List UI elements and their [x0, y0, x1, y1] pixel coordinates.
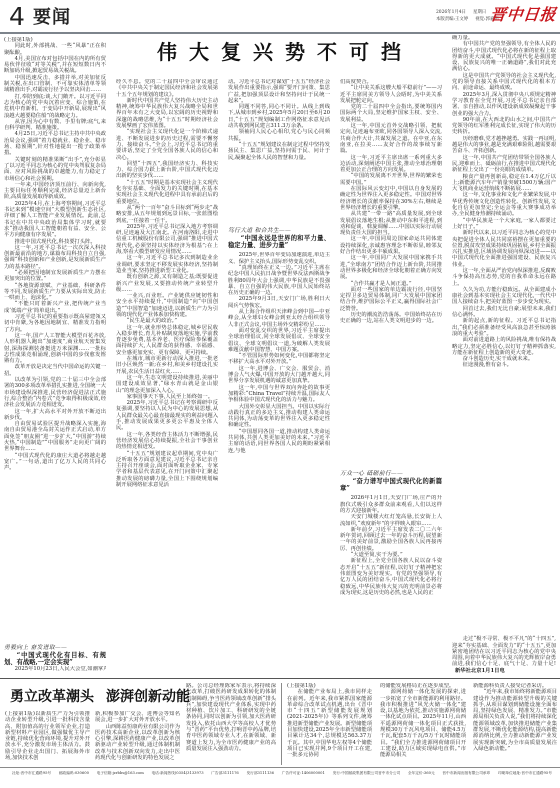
paragraph: “十五五”规划建议在制定过程中坚持发扬民主、集思广益,坚持问需于民、问计于民,凝… — [228, 142, 330, 161]
paragraph: 在城市,城市更新行动深入推进,一批老旧小区焕然一新;在乡村,和美乡村建设扎实开展… — [116, 356, 218, 375]
paragraph: 习近平总书记的重要指示既高屋建瓴又切中肯綮,为各地因地制宜、精准发力指明了方向。 — [4, 314, 106, 333]
paragraph: “中国愿同各国一道,推动构建人类命运共同体,共创人类更加美好的未来。”习近平主席… — [228, 429, 330, 454]
paragraph: 这是中国共产党领导的社会主义现代化,党的领导直接关系中国式现代化的根本方向、前途… — [452, 73, 556, 92]
paragraph: 同题不同答,同心不同计。从线上到线下,从城市到乡村,2025年5月20日至6月2… — [228, 104, 330, 129]
paragraph: 一业兴,百业旺。产业链供应链韧性和安全水平持续提升,“中国制造”向“中国创造”“… — [116, 293, 218, 318]
paragraph: “中国的发展离不开世界,世界的繁荣也需要中国。” — [340, 173, 442, 186]
paragraph: 回首过去,我们无比自豪;展望未来,我们信心满怀。 — [452, 306, 556, 319]
subhead-kicker: 笃行大道 和合共生—— — [228, 228, 330, 235]
paragraph: 90年前,在大西北的山水之间,中国共产党领导的红军胜利完成长征,实现了伟大的历史… — [452, 117, 556, 136]
footer-item: 电子信箱:jzrbbs@163.com — [97, 770, 144, 776]
paragraph: 新,积极参加广交会、进博会等知名展会,进一步扩大对外开放水平。 — [95, 711, 180, 724]
paragraph: 这一年,中国同周边国家命运共同体建设持续深化,亲诚惠容理念不断彰显,睦邻友好合作… — [340, 236, 442, 255]
paragraph: “真理始终在正义一边。”习近平主席在纪念中国人民抗日战争暨世界反法西斯战争胜利8… — [228, 265, 330, 296]
column-text: 的储能发展格局正在逐步成型。源网荷储一体化发展的探索,进一步拓宽了全市新能源的利… — [380, 683, 466, 765]
column-text: (上接第1版)以新质生产力为引领推动企业转型升级,引进一批科技含量高、附加值高的… — [5, 711, 90, 765]
paragraph: 从共建“一带一路”高质量发展,到全球发展倡议落地生根;从推动中东和平进程,到劝和… — [340, 211, 442, 236]
paragraph: “让中美关系这艘大船平稳前行”——习近平主席同美方领导人会晤时,为中美关系发展把… — [340, 85, 442, 104]
article-column-5: 确力量。有中国共产党的坚强领导,有全体人民的团结奋斗,中国式现代化必将在新的征程… — [452, 35, 556, 674]
paragraph: 从“两个一百年”奋斗目标到“两步走”战略安排,从五年规划到远景目标,一张蓝图绘到… — [116, 205, 218, 224]
bottom-right-column-1: (上接第1版)在储能产业布局上,我市同样走在前列。近年来,我市紧抓国家能源革命综… — [287, 683, 372, 765]
footer-item: 晋中市新闻出版有限公司承印 — [442, 770, 490, 776]
footer-rule — [0, 767, 560, 768]
column-text: 新能源科负责人接受记者采访。“近年来,我市始终将新能源项目建设作为推动能源转型升… — [473, 683, 557, 765]
column-text: (上接第1版)同此时,外部挑战、一些“风暴”正在积聚酝酿。4月,美国宣布对包括中… — [4, 37, 106, 643]
paragraph: 天安门城楼大红灯笼高悬,长安街上人流如织,“欢度新年”的字样映入眼帘…… — [340, 514, 442, 527]
bottom-article-headline: 勇立改革潮头澎湃创新动能 — [10, 687, 190, 707]
paragraph: 这一年,国产人工智能大模型百花齐放,人形机器人跑出“加速度”,商业航天密集发射,… — [4, 333, 106, 364]
subhead-quote: “中国永远是世界的和平力量、稳定力量、进步力量” — [228, 235, 330, 249]
paragraph: 2025年,习近平总书记深入地方考察调研,足迹遍及大江南北。在河南洛阳,走进中信… — [116, 224, 218, 255]
paragraph: 经久不息。党的二十届四中全会审议通过《中共中央关于制定国民经济和社会发展第十五个… — [116, 79, 218, 98]
paragraph: 历经磨难,党才越挫越勇。实践一再证明,越是伟大的事业,越是充满艰难险阻,越需要艰… — [452, 136, 556, 155]
column-text: 动。习近平总书记对谋划“十五五”经济社会发展作出重要指示,强调“要开门问策、集思… — [228, 79, 330, 226]
subhead-quote: “奋力谱写中国式现代化的新篇章” — [340, 478, 442, 492]
paragraph: “十五五”时期是基本实现社会主义现代化夯实基础、全面发力的关键时期,在基本实现社… — [116, 180, 218, 205]
article-column-3: 动。习近平总书记对谋划“十五五”经济社会发展作出重要指示,强调“要开门问策、集思… — [228, 79, 330, 674]
paragraph: 这一年,习近平总书记一次次深入科技创新最前沿的地方,谋篇布局科技自立自强,强调“… — [4, 245, 106, 270]
paragraph: 既有创新之源,又有制造之基;既要促进新兴产业发展,又要推动传统产业转型升级…… — [116, 274, 218, 293]
paragraph: 山西陈益恒康药业有限公司作为医药技术高新企业,以改革创新为核心引擎,深耕医药健康… — [95, 724, 180, 762]
article-column-4: 们高度契合。“让中美关系这艘大船平稳前行”——习近平主席同美方领导人会晤时,为中… — [340, 79, 442, 674]
paragraph: “各地资源禀赋、产业基础、科研条件等不同,发展新质生产力要从实际出发,防止一哄而… — [4, 283, 106, 302]
column-text: 们高度契合。“让中美关系这艘大船平稳前行”——习近平主席同美方领导人会晤时,为中… — [340, 79, 442, 469]
paragraph: “必须把因地制宜发展新质生产力摆在更加突出的位置。” — [4, 270, 106, 283]
paragraph: 领袖同人民心心相印,党心与民心同频共振。 — [228, 129, 330, 142]
paragraph: 回望“十四五”,我国经济实力、科技实力、综合国力跃上新台阶,中国式现代化迈出新的… — [116, 161, 218, 180]
subhead-kicker: 勇毅向上 奋发进取—— — [4, 645, 106, 652]
subhead-lead: 2025年10月23日,人民大会堂,如潮掌声 — [4, 666, 106, 672]
bottom-left-column-3: 路。公司总经理陈家军表示,将持续深化改革,打破医药研发成果转化的体制机制障碍,争… — [186, 683, 276, 765]
newspaper-logo: 晋中日报 — [489, 4, 557, 26]
paragraph: 这一年,各类经营主体活力不断增强,民营经济发展信心持续提振,全社会干事创业的热情… — [116, 432, 218, 451]
paragraph: 这一年,中国元首外交战略引领、把航定向,足迹遍布亚欧,同各国领导人深入交流,共商… — [340, 123, 442, 154]
paragraph: 4月25日,习近平总书记主持中共中央政治局会议,强调“着力稳就业、稳企业、稳市场… — [4, 131, 106, 156]
paragraph: “中华民族是一个大家庭,一家人都要过上好日子。” — [452, 218, 556, 231]
headline-part-2: 澎湃创新动能 — [106, 689, 190, 705]
paragraph: 这一年,中国共产党团结带领全国各族人民,迎难而上、砥砺前行,在推进中国式现代化新… — [452, 155, 556, 174]
paragraph: “不能只盯着新兴产业,把传统产业当成‘低端产业’简单退出。” — [4, 301, 106, 314]
paragraph: 动。习近平总书记对谋划“十五五”经济社会发展作出重要指示,强调“要开门问策、集思… — [228, 79, 330, 104]
article-ending: 走过“极不寻常、极不平凡”的“十四五”,迎来“夯实基础、全面发力”的“十五五”,… — [452, 636, 556, 674]
dateline: 新华社北京1月1日电 — [455, 668, 505, 674]
section-subhead: 万众一心 砥砺前行—— “奋力谱写中国式现代化的新篇章” — [340, 471, 442, 492]
paragraph: (上接第1版)以新质生产力为引领推动企业转型升级,引进一批科技含量高、附加值高的… — [5, 711, 90, 761]
issue-date: 2026年1月4日 — [436, 10, 466, 15]
paragraph: 这一年,生态文明建设持续推进,美丽中国建设成效显著,“绿水青山就是金山银山”的理… — [116, 375, 218, 394]
paragraph: 以改革为引领,党的二十届三中全会部署的300多项改革举措扎实推进,全国统一大市场… — [4, 377, 106, 408]
paragraph: 新的起点,新的征程。习近平总书记指出,“我们必须准备经受风高浪急甚至惊涛骇浪的重… — [452, 318, 556, 337]
page-number: 4 — [9, 3, 25, 31]
paragraph: 2025年,习近平总书记在考察调研中反复强调,要坚持以人民为中心的发展思想,从人… — [116, 400, 218, 431]
paragraph: 在国际风云变幻中,中国以自身发展的确定性为世界注入更多稳定性。中国对世界经济增长… — [340, 186, 442, 211]
bottom-right-column-2: 的储能发展格局正在逐步成型。源网荷储一体化发展的探索,进一步拓宽了全市新能源的利… — [380, 683, 466, 765]
paragraph: 推进中国式现代化,科技要打头阵。 — [4, 239, 106, 245]
paragraph: “实现社会主义现代化是一个阶梯式递进、不断发展进步的历史过程,需要不懈努力、接续… — [116, 129, 218, 160]
section-title: 要闻 — [33, 7, 71, 29]
paragraph: “不管国际形势如何变化,中国都将坚定不移扩大高水平对外开放。” — [228, 353, 330, 366]
column-text: 新,积极参加广交会、进博会等知名展会,进一步扩大对外开放水平。山西陈益恒康药业有… — [95, 711, 180, 765]
paragraph: 从上海合作组织天津峰会到中国—中亚峰会,从全球妇女峰会到亚太经合组织领导人非正式… — [228, 309, 330, 328]
footer-item: 发行部3111136 — [247, 770, 275, 776]
paragraph: 从容,因为心中有数、手里有牌;底气,来自科学研判、精准施策。 — [4, 119, 106, 132]
paragraph: 自由贸易试验区提升战略深入实施,海南自由贸易港全岛封关运作正式启动,单方面免签“… — [4, 421, 106, 452]
headline-part-1: 勇立改革潮头 — [10, 689, 94, 705]
page-editor: 本版责编:王文婷 — [436, 17, 468, 22]
paragraph: 2025年3月,深入贯彻中央八项规定精神学习教育在全党开展,习近平总书记亲自部署… — [452, 92, 556, 117]
paragraph: 2026年1月1日,天安门广场,庄严的升旗仪式吸引众多群众前来观看,人们以这样的… — [340, 495, 442, 514]
main-headline: 伟大复兴势不可挡 — [116, 38, 442, 66]
column-text: (上接第1版)在储能产业布局上,我市同样走在前列。近年来,我市紧抓国家能源革命综… — [287, 683, 372, 765]
subhead-quote: “中国式现代化有目标、有规划、有战略,一定会实现” — [4, 652, 106, 666]
subhead-kicker: 万众一心 砥砺前行—— — [340, 471, 442, 478]
paragraph: 2025年,世界百年变局加速演进,单边主义、保护主义抬头,国际形势变乱交织。 — [228, 252, 330, 265]
paragraph: 路。公司总经理陈家军表示,将持续深化改革,打破医药研发成果转化的体制机制障碍,争… — [186, 683, 276, 752]
header-rule — [0, 32, 560, 34]
paragraph: 2025年9月3日,天安门广场,胜利日大阅兵气势恢宏。 — [228, 296, 330, 309]
paragraph: 这一年,习近平总书记多次到制造业企业调研,要求坚定不移发展实体经济,坚持制造业当… — [116, 255, 218, 274]
paragraph: 这一年,中国与世界双向奔赴的故事更加精彩:“China Travel”持续升温,… — [228, 385, 330, 404]
footer-item: 全年定价:360元 — [408, 770, 435, 776]
imprint-footer: 社址:晋中市汇通路95号邮政编码:030600电子信箱:jzrbbs@163.c… — [12, 770, 552, 776]
footer-item: 邮政编码:030600 — [59, 770, 89, 776]
ending-text: 走过“极不寻常、极不平凡”的“十四五”,迎来“夯实基础、全面发力”的“十五五”,… — [452, 636, 556, 667]
paragraph: “十五五”规划建议起草期间,党中央广泛听取各方面意见建议,习近平总书记亲自主持召… — [116, 451, 218, 489]
paragraph: 新年前夕,习近平主席发表二〇二六年新年贺词,回顾过去一年的奋斗历程,展望新一年的… — [340, 527, 442, 552]
paragraph: 历史的潮流浩浩荡荡。中国始终站在历史正确的一边,站在人类文明进步的一边。 — [340, 312, 442, 325]
article-column-2: 经久不息。党的二十届四中全会审议通过《中共中央关于制定国民经济和社会发展第十五个… — [116, 79, 218, 674]
bottom-left-column-1: (上接第1版)以新质生产力为引领推动企业转型升级,引进一批科技含量高、附加值高的… — [5, 711, 90, 765]
paragraph: 这一年,全面从严治党向纵深推进,反腐败斗争保持高压态势,党的自我革命永远在路上。 — [452, 268, 556, 287]
footer-item: 广告许可证:1406000001 — [282, 770, 325, 776]
footer-item: 社址:晋中市汇通路95号 — [12, 770, 51, 776]
column-text: 路。公司总经理陈家军表示,将持续深化改革,打破医药研发成果转化的体制机制障碍,争… — [186, 683, 276, 765]
paragraph: 这一年,文化事业和文化产业繁荣发展,中华优秀传统文化创造性转化、创新性发展,文化… — [452, 192, 556, 217]
footer-item: 电话:新闻热线(0354)3133973 — [152, 770, 204, 776]
paragraph: 面对一些国家的单边霸凌行径,中国坚定捍卫多边贸易体制,同广大发展中国家团结合作,… — [340, 287, 442, 312]
bottom-left-column-2: 新,积极参加广交会、进博会等知名展会,进一步扩大对外开放水平。山西陈益恒康药业有… — [95, 711, 180, 765]
paragraph: 新征程上,全党全国各族人民以奋斗姿态开启“十五五”新征程,以钉钉子精神把宏伟蓝图… — [340, 558, 442, 596]
paragraph: 这一年,中国同广大发展中国家携手共进,“全球南方”团结合作迈上新台阶,共同推动世… — [340, 255, 442, 280]
footer-item: 发行:中国邮政集团有限公司晋中市分公司 — [333, 770, 401, 776]
paragraph: 改革开放是决定当代中国命运的关键一招。 — [4, 364, 106, 377]
paragraph: 这一年,扩大高水平对外开放不断迈出新步伐。 — [4, 409, 106, 422]
paragraph: 2025年4月,在上海考察期间,习近平总书记来到“模速空间”大模型创新生态社区,… — [4, 201, 106, 239]
column-text: 经久不息。党的二十届四中全会审议通过《中共中央关于制定国民经济和社会发展第十五个… — [116, 79, 218, 674]
paragraph: 面对前进道路上的风险挑战,唯有保持战略定力,坚定必胜信心,以钉钉子精神抓落实,方… — [452, 337, 556, 356]
section-subhead: 笃行大道 和合共生—— “中国永远是世界的和平力量、稳定力量、进步力量” — [228, 228, 330, 249]
paragraph: 中国迅速反击、多措并举,对美加征反制关税,在出口管制、不可靠实体清单等领域精准出… — [4, 75, 106, 94]
paragraph: “中国式现代化的康庄大道必将越走越宽广。”一句话,道出了亿万人民的共同心声。 — [4, 453, 106, 472]
column-text: 2026年1月1日,天安门广场,庄严的升旗仪式吸引众多群众前来观看,人们以这样的… — [340, 495, 442, 674]
article-column-1: (上接第1版)同此时,外部挑战、一些“风暴”正在积聚酝酿。4月,美国宣布对包括中… — [4, 37, 106, 674]
footer-item: 广告部3111176 — [211, 770, 239, 776]
paragraph: 4月,美国宣布对包括中国在内的所有贸易伙伴征收“对等关税”,并在短短数日内不断加… — [4, 56, 106, 75]
paragraph: “近年来,我市始终将新能源项目建设作为推动能源转型升级的关键抓手,从项目谋划到储… — [473, 689, 557, 752]
paragraph: 这一年,习近平主席出席一系列重大多边活动,深刻阐述中国主张,推动全球治理朝着更加… — [340, 155, 442, 174]
paragraph: 这一年,进博会、广交会、服贸会、消博会人气火爆,中国开放的大门越开越大,同世界分… — [228, 366, 330, 385]
paragraph: 面对变乱交织的世界,习近平主席提出全球治理倡议,同全球发展倡议、全球安全倡议、全… — [228, 328, 330, 353]
paragraph: 在储能产业布局上,我市同样走在前列。近年来,我市紧抓国家能源革命综合改革试点机遇… — [287, 689, 372, 758]
paragraph: 一年来,中国经济顶压前行、向新向优,主要目标任务顺利完成,经济总量迈上新台阶,高… — [4, 182, 106, 201]
paragraph: 有中国共产党的坚强领导,有全体人民的团结奋斗,中国式现代化必将在新的征程上取得新… — [452, 41, 556, 72]
paragraph: 新时代以来,以习近平同志为核心的党中央把促进全体人民共同富裕摆在更加重要的位置,… — [452, 230, 556, 268]
footer-item: 印刷单位地址:晋中市汇通路95号 — [498, 770, 552, 776]
paragraph: 同此时,外部挑战、一些“风暴”正在积聚酝酿。 — [4, 43, 106, 56]
paragraph: 关键时刻的精准果断“出手”,充分彰显了以习近平同志为核心的党中央驾驭复杂局面、应… — [4, 157, 106, 182]
paragraph: 这一年,就业形势总体稳定,城乡居民收入稳步增长,育儿补贴制度落地实施,学前教育逐… — [116, 325, 218, 356]
column-text: 2025年,世界百年变局加速演进,单边主义、保护主义抬头,国际形势变乱交织。“真… — [228, 252, 330, 674]
section-divider — [0, 678, 560, 679]
issue-weekday: 星期日 — [473, 10, 486, 15]
paragraph: 源网荷储一体化发展的探索,进一步拓宽了全市新能源的利用路径。我市积极推进“风光火… — [380, 689, 466, 758]
paragraph: 新时代中国共产党人坚持伟大历史主动精神,统筹中华民族伟大复兴战略全局和世界百年未… — [116, 98, 218, 129]
paragraph: 久久为功,方能行稳致远。从全面建成小康社会到基本实现社会主义现代化,一代代中国人… — [452, 287, 556, 306]
bottom-right-column-3: 新能源科负责人接受记者采访。“近年来,我市始终将新能源项目建设作为推动能源转型升… — [473, 683, 557, 765]
section-subhead: 勇毅向上 奋发进取—— “中国式现代化有目标、有规划、有战略,一定会实现” 20… — [4, 645, 106, 673]
paragraph: 征途漫漫,惟有奋斗。 — [452, 362, 556, 368]
column-divider — [281, 683, 282, 765]
paragraph: 打,奉陪到底;谈,大门敞开。以习近平同志为核心的党中央沉着应变、综合施策,在危机… — [4, 94, 106, 119]
paragraph: 粮食产量再创新高,稳定在1.4万亿斤以上;新能源汽车年产销量突破1500万辆;国… — [452, 174, 556, 193]
paragraph: 党的二十届四中全会指出,要统筹国内国际两个大局,坚定维护国家主权、安全、发展利益… — [340, 104, 442, 123]
paragraph: 大国外交彰显大国担当。中国以实际行动践行真正的多边主义,推动构建人类命运共同体,… — [228, 404, 330, 429]
column-text: 确力量。有中国共产党的坚强领导,有全体人民的团结奋斗,中国式现代化必将在新的征程… — [452, 35, 556, 636]
